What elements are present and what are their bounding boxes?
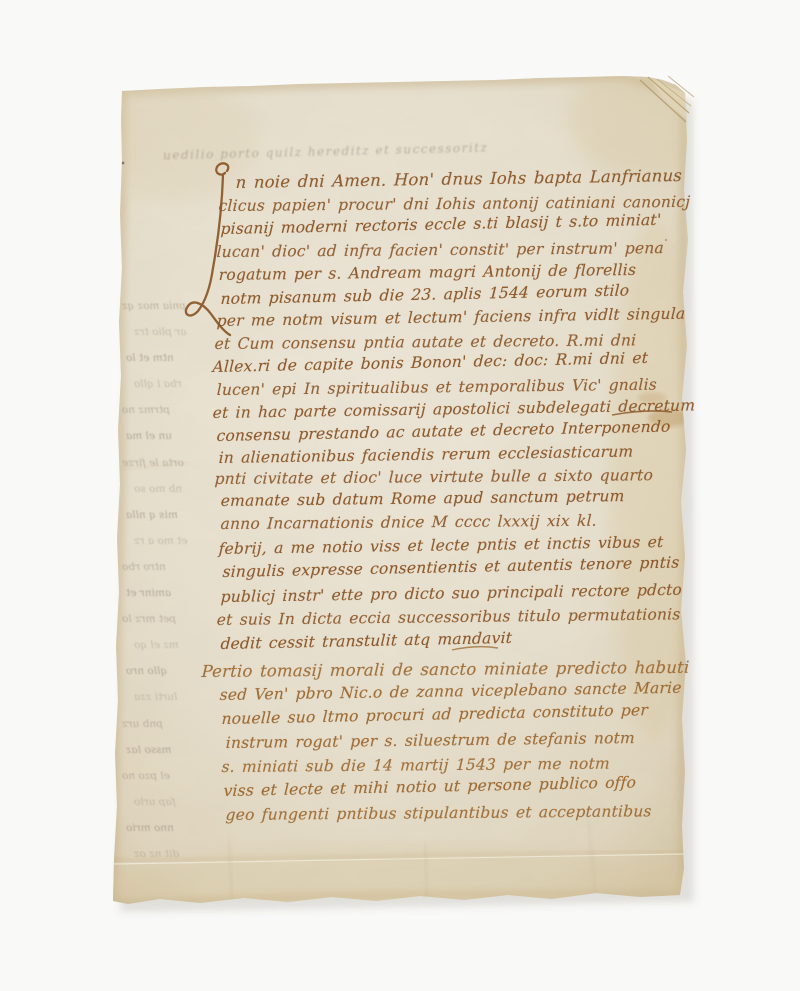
showthrough-line: msso laz bbox=[126, 744, 234, 756]
showthrough-line: mis q nlla bbox=[126, 509, 234, 521]
showthrough-line: nno mrio bbox=[126, 822, 234, 834]
showthrough-text-left: pnia moz qz ar plio trz ntm et lo rba i … bbox=[122, 300, 234, 860]
showthrough-line: dit nz oz bbox=[134, 848, 234, 860]
showthrough-line: qllo nro bbox=[126, 665, 234, 677]
showthrough-line: ntro rbo bbox=[122, 561, 234, 573]
showthrough-line: et mo a rz bbox=[134, 535, 234, 547]
showthrough-line: mz el qo bbox=[134, 639, 234, 651]
showthrough-line: nb mo so bbox=[134, 483, 234, 495]
showthrough-line: fap urlo bbox=[134, 796, 234, 808]
showthrough-line: ptrmz no bbox=[122, 404, 234, 416]
showthrough-line: pnia moz qz bbox=[122, 300, 234, 312]
showthrough-line: un el ma bbox=[126, 430, 234, 442]
showthrough-line: pnb urz bbox=[122, 718, 234, 730]
showthrough-line: aminr et bbox=[126, 587, 234, 599]
showthrough-line: el pzo no bbox=[122, 770, 234, 782]
showthrough-line: rba i qllo bbox=[134, 378, 234, 390]
showthrough-line: ar plio trz bbox=[134, 326, 234, 338]
showthrough-line: pet mrz lo bbox=[122, 613, 234, 625]
showthrough-line: lurti zza bbox=[134, 691, 234, 703]
showthrough-line: orta le firze bbox=[122, 457, 234, 469]
photo-canvas: uedilio porto quilz hereditz et successo… bbox=[0, 0, 800, 991]
showthrough-line: ntm et lo bbox=[126, 352, 234, 364]
